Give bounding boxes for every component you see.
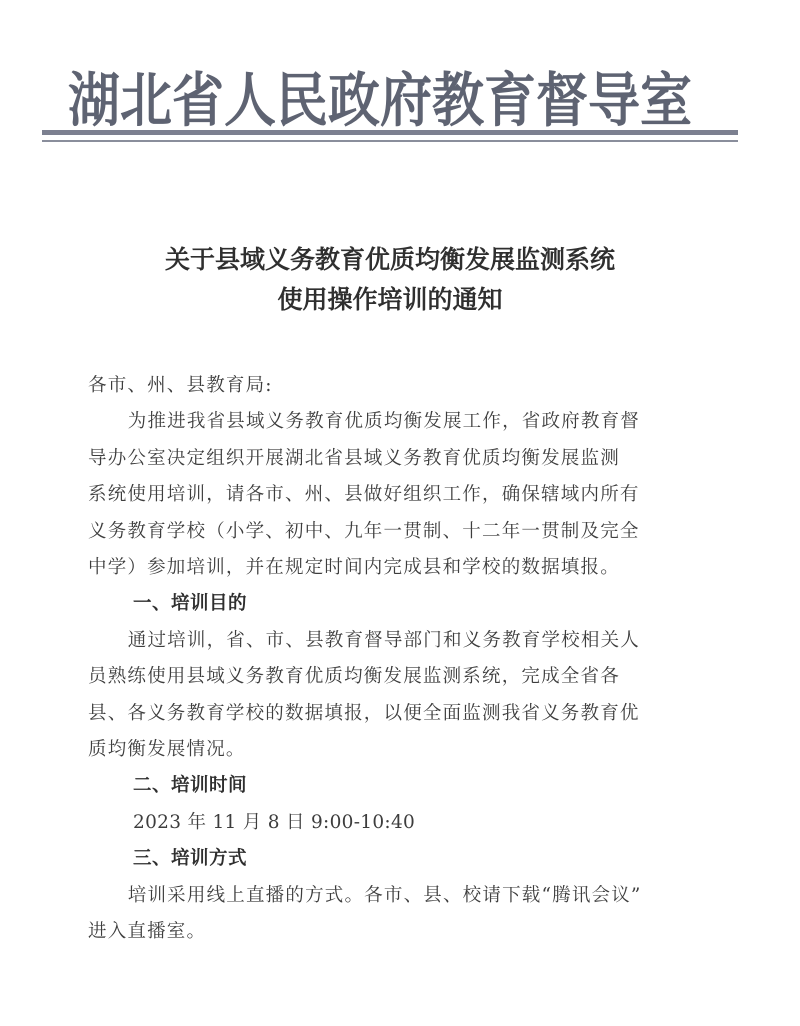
letterhead-org-name: 湖北省人民政府教育督导室: [68, 54, 692, 138]
section-heading: 二、培训时间: [88, 768, 748, 804]
document-title-line-2: 使用操作培训的通知: [0, 280, 800, 320]
intro-line: 系统使用培训，请各市、州、县做好组织工作，确保辖域内所有: [88, 477, 748, 513]
intro-line: 义务教育学校（小学、初中、九年一贯制、十二年一贯制及完全: [88, 514, 748, 550]
intro-line: 导办公室决定组织开展湖北省县域义务教育优质均衡发展监测: [88, 441, 748, 477]
letterhead: 湖北省人民政府教育督导室: [0, 58, 800, 133]
intro-line: 中学）参加培训，并在规定时间内完成县和学校的数据填报。: [88, 550, 748, 586]
section-method: 三、培训方式 培训采用线上直播的方式。各市、县、校请下载“腾讯会议” 进入直播室…: [88, 841, 748, 950]
section-line: 质均衡发展情况。: [88, 732, 748, 768]
section-time: 二、培训时间 2023 年 11 月 8 日 9:00-10:40: [88, 768, 748, 841]
section-heading: 一、培训目的: [88, 586, 748, 622]
section-line: 县、各义务教育学校的数据填报，以便全面监测我省义务教育优: [88, 696, 748, 732]
document-title: 关于县域义务教育优质均衡发展监测系统 使用操作培训的通知: [0, 240, 800, 320]
intro-paragraph: 为推进我省县域义务教育优质均衡发展工作，省政府教育督 导办公室决定组织开展湖北省…: [88, 404, 748, 586]
section-line: 培训采用线上直播的方式。各市、县、校请下载“腾讯会议”: [88, 878, 748, 914]
section-line: 员熟练使用县域义务教育优质均衡发展监测系统，完成全省各: [88, 659, 748, 695]
section-line: 进入直播室。: [88, 914, 748, 950]
section-purpose: 一、培训目的 通过培训，省、市、县教育督导部门和义务教育学校相关人 员熟练使用县…: [88, 586, 748, 768]
intro-line: 为推进我省县域义务教育优质均衡发展工作，省政府教育督: [88, 404, 748, 440]
letterhead-rule-thin: [42, 140, 738, 142]
document-body: 各市、州、县教育局: 为推进我省县域义务教育优质均衡发展工作，省政府教育督 导办…: [88, 368, 748, 951]
section-heading: 三、培训方式: [88, 841, 748, 877]
training-datetime: 2023 年 11 月 8 日 9:00-10:40: [88, 805, 748, 841]
salutation: 各市、州、县教育局:: [88, 368, 748, 404]
letterhead-rule-thick: [42, 130, 738, 135]
section-line: 通过培训，省、市、县教育督导部门和义务教育学校相关人: [88, 623, 748, 659]
document-title-line-1: 关于县域义务教育优质均衡发展监测系统: [0, 240, 800, 280]
